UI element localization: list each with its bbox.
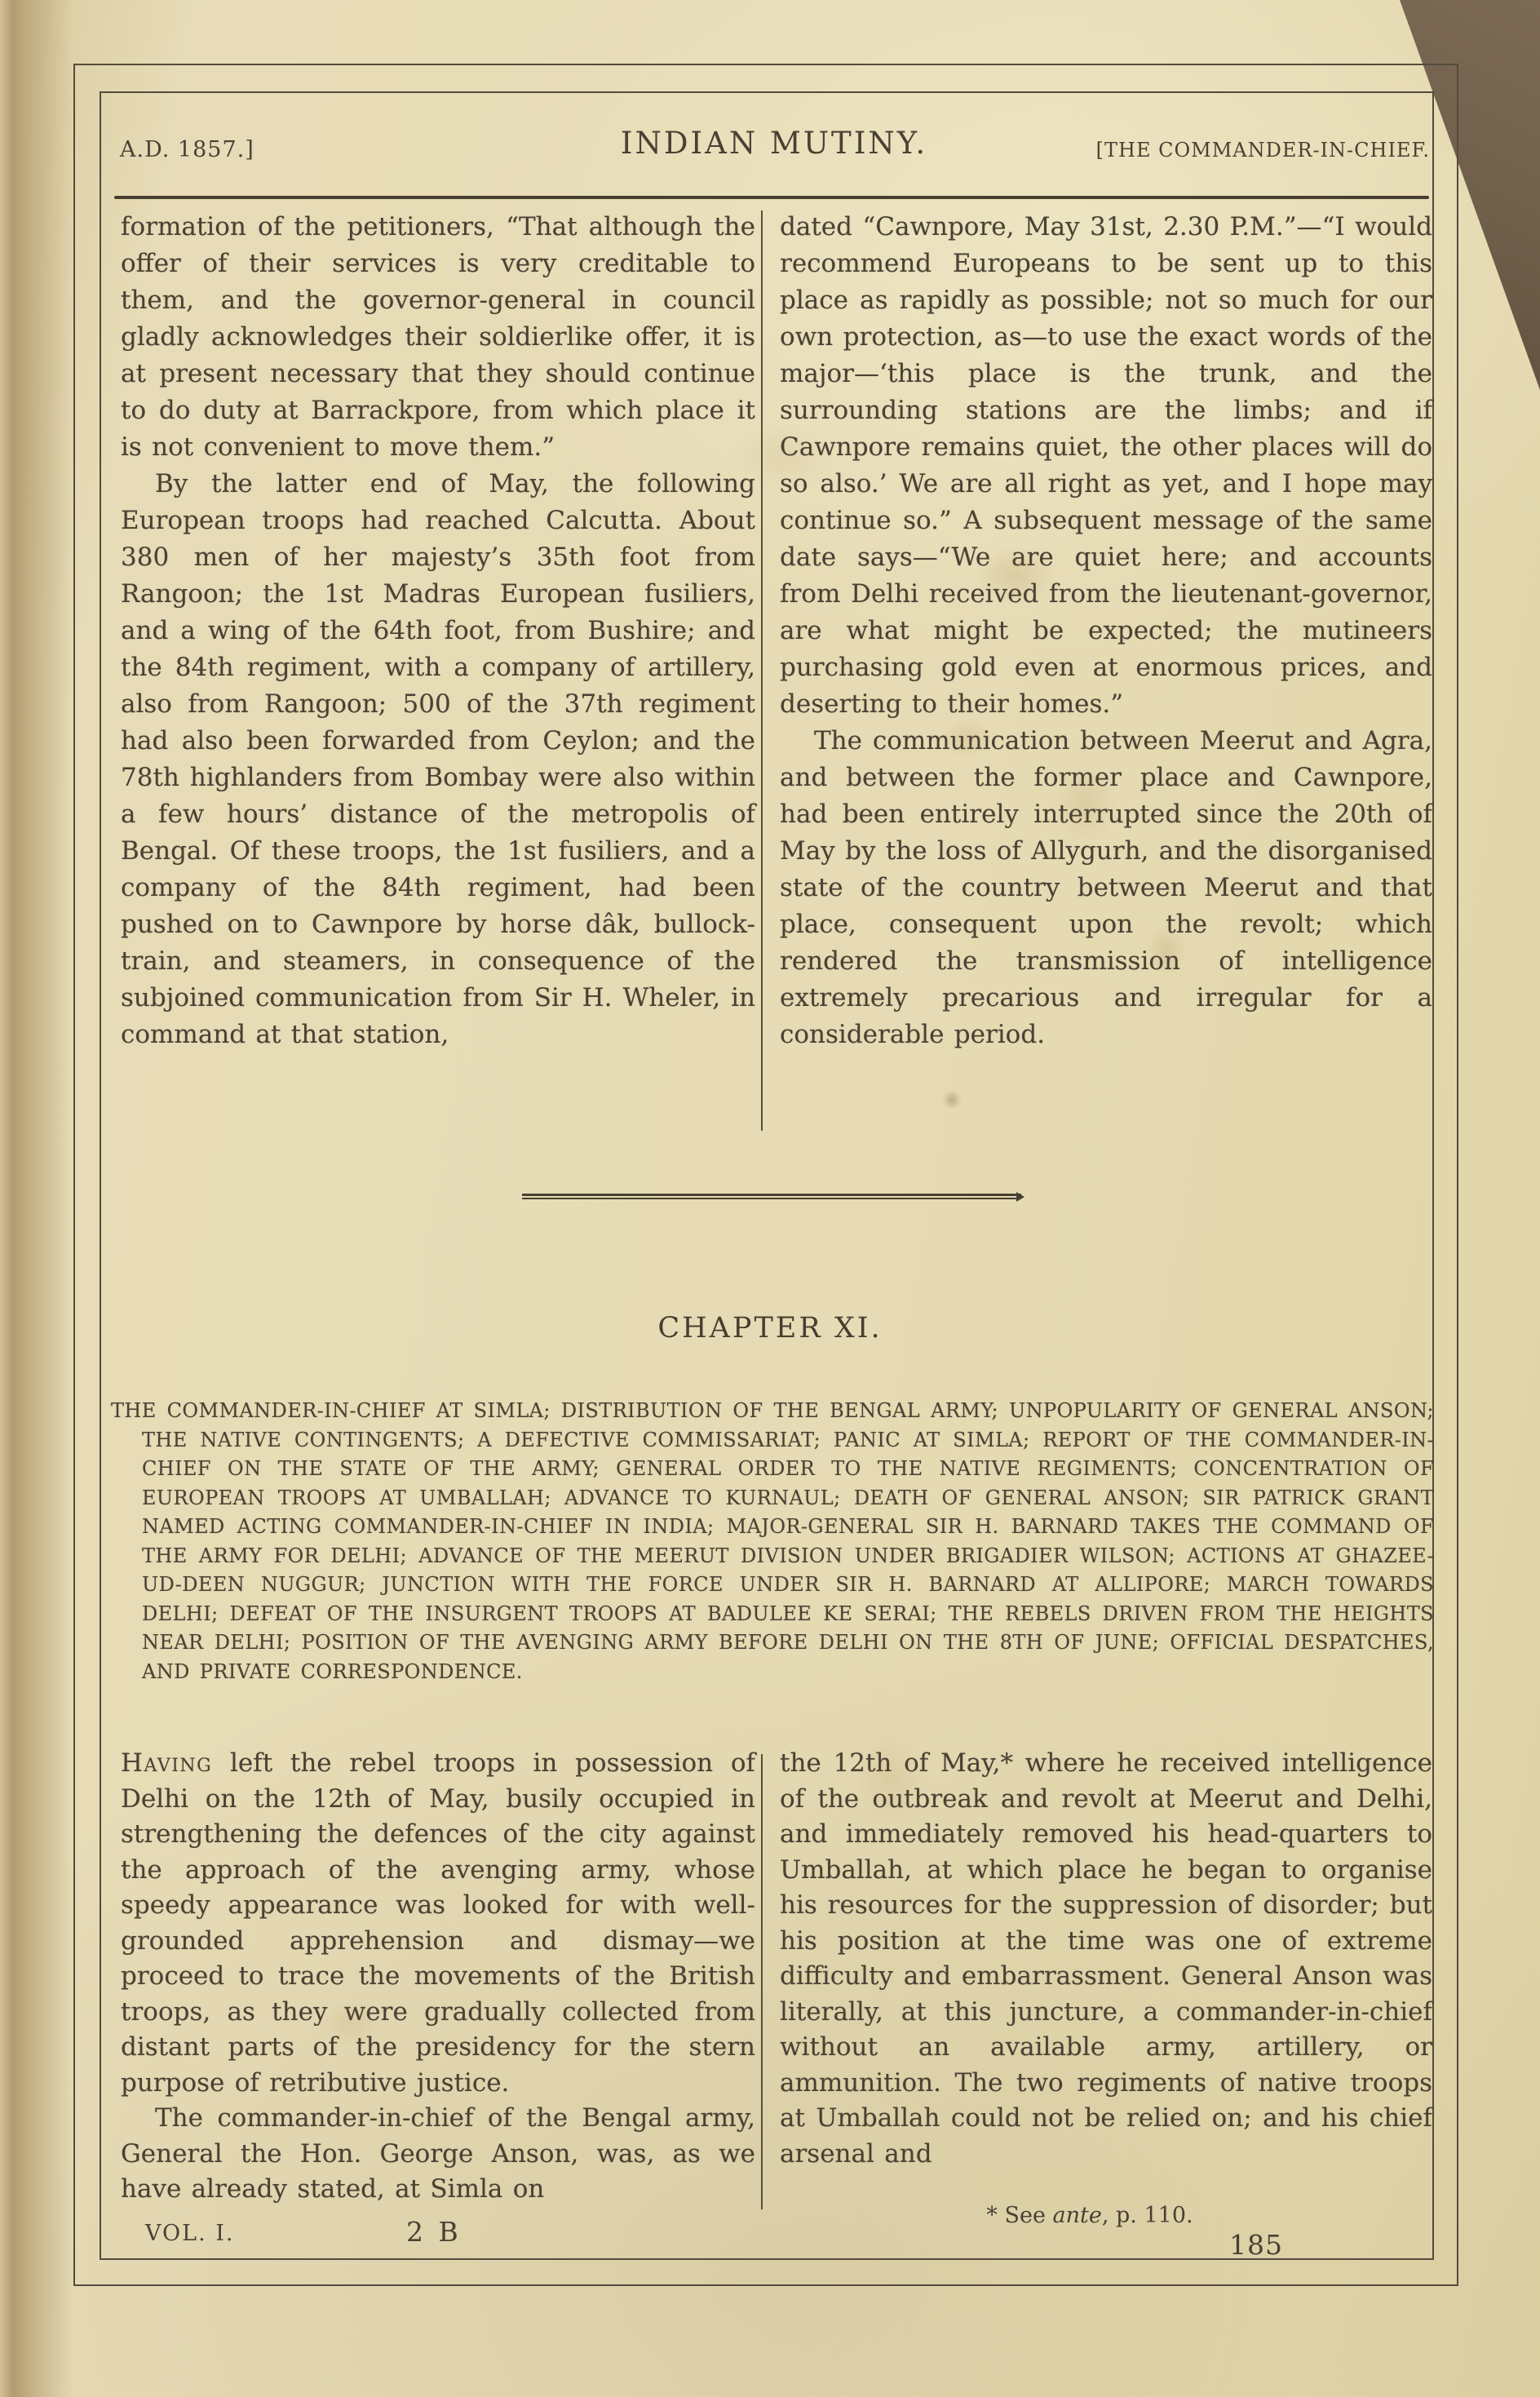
book-page: A.D. 1857.] INDIAN MUTINY. [THE COMMANDE… <box>0 0 1540 2397</box>
section-divider-rule <box>522 1194 1021 1199</box>
paragraph: dated “Cawnpore, May 31st, 2.30 P.M.”—“I… <box>780 209 1432 723</box>
paragraph: Having left the rebel troops in possessi… <box>121 1746 755 2101</box>
header-section: [THE COMMANDER-IN-CHIEF. <box>1096 139 1430 162</box>
page-number: 185 <box>1207 2229 1305 2261</box>
chapter-summary: THE COMMANDER-IN-CHIEF AT SIMLA; DISTRIB… <box>111 1397 1434 1686</box>
footnote: * See ante, p. 110. <box>780 2203 1400 2228</box>
paragraph: formation of the petitioners, “That alth… <box>121 209 755 466</box>
signature-mark: 2 B <box>406 2216 462 2248</box>
footnote-italic: ante <box>1053 2203 1102 2228</box>
paragraph: By the latter end of May, the following … <box>121 466 755 1053</box>
chapter-title: CHAPTER XI. <box>0 1312 1540 1345</box>
paragraph: The commander-in-chief of the Bengal arm… <box>121 2101 755 2208</box>
top-right-column: dated “Cawnpore, May 31st, 2.30 P.M.”—“I… <box>780 209 1432 1053</box>
column-divider-bottom <box>761 1754 763 2209</box>
footnote-suffix: , p. 110. <box>1102 2203 1193 2228</box>
footnote-marker-text: * See <box>986 2203 1052 2228</box>
paragraph: The communication between Meerut and Agr… <box>780 723 1432 1053</box>
paragraph: the 12th of May,* where he received inte… <box>780 1746 1432 2172</box>
paragraph-text: left the rebel troops in possession of D… <box>121 1748 755 2098</box>
column-divider-top <box>761 210 763 1131</box>
header-rule <box>114 196 1429 199</box>
volume-label: VOL. I. <box>145 2221 235 2246</box>
top-left-column: formation of the petitioners, “That alth… <box>121 209 755 1053</box>
running-header: A.D. 1857.] INDIAN MUTINY. [THE COMMANDE… <box>118 124 1430 173</box>
binding-gutter-shadow <box>0 0 73 2397</box>
bottom-left-column: Having left the rebel troops in possessi… <box>121 1746 755 2208</box>
bottom-right-column: the 12th of May,* where he received inte… <box>780 1746 1432 2172</box>
lead-word: Having <box>121 1748 212 1778</box>
